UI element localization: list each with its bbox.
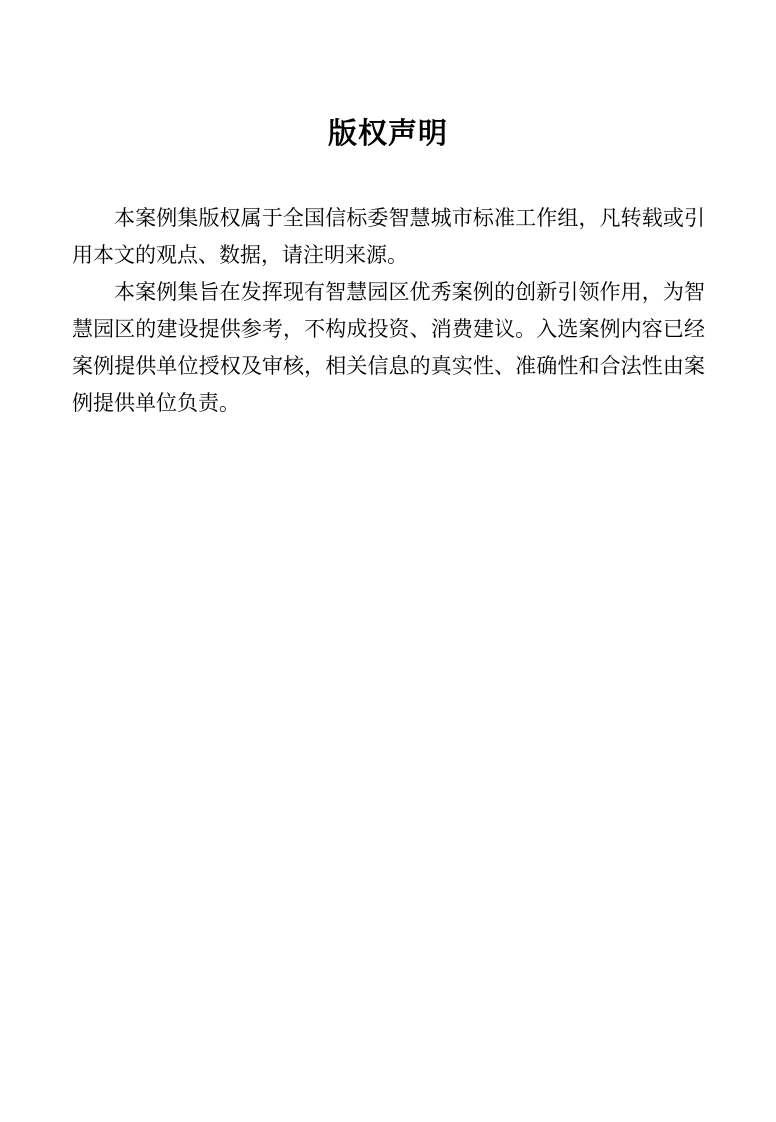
document-page: 版权声明 本案例集版权属于全国信标委智慧城市标准工作组，凡转载或引用本文的观点、… <box>0 0 776 1122</box>
copyright-paragraph-2: 本案例集旨在发挥现有智慧园区优秀案例的创新引领作用，为智慧园区的建设提供参考，不… <box>72 274 705 422</box>
page-title: 版权声明 <box>0 116 776 152</box>
document-body: 本案例集版权属于全国信标委智慧城市标准工作组，凡转载或引用本文的观点、数据，请注… <box>72 200 705 422</box>
copyright-paragraph-1: 本案例集版权属于全国信标委智慧城市标准工作组，凡转载或引用本文的观点、数据，请注… <box>72 200 705 274</box>
